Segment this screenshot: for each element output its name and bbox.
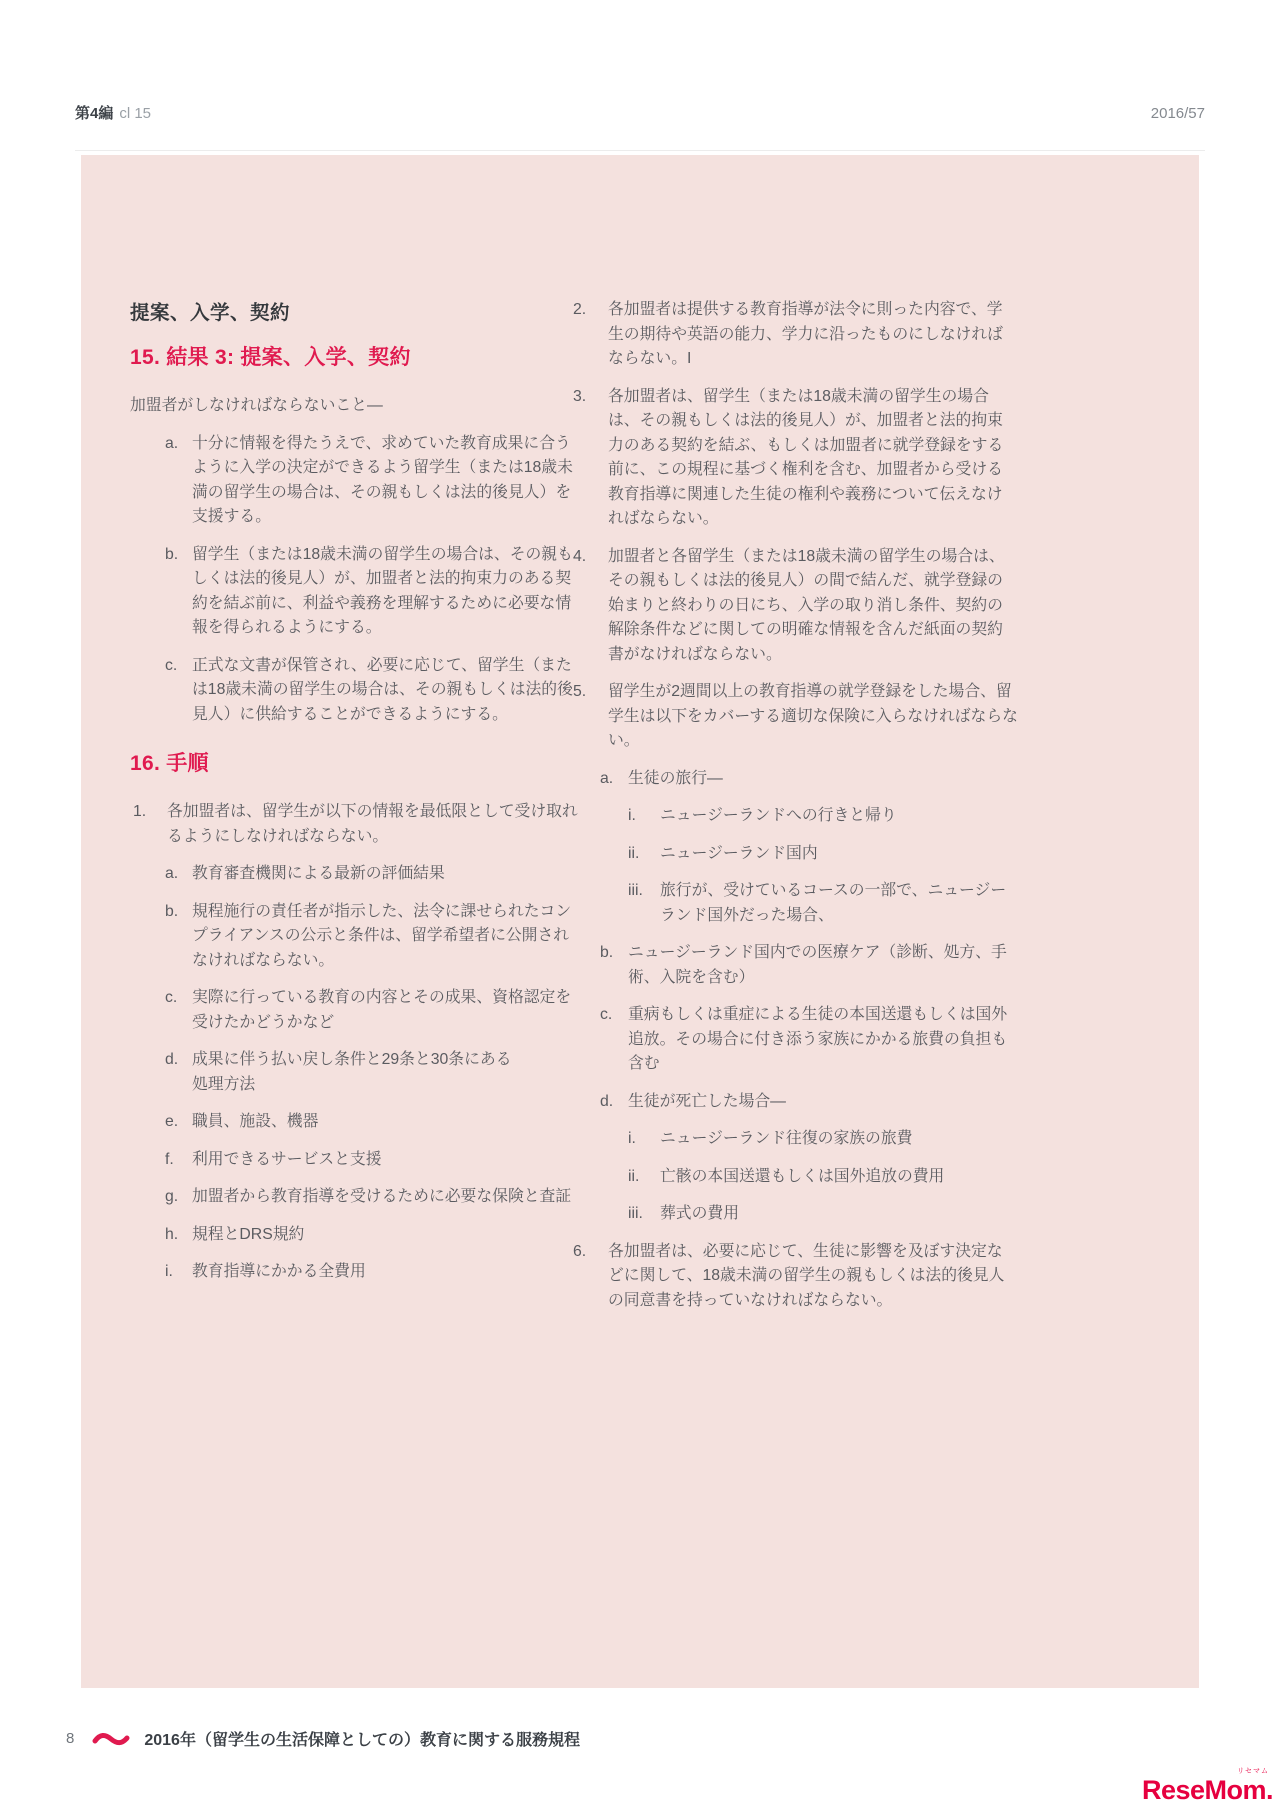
list-marker: i.	[165, 1260, 173, 1285]
list-marker: a.	[165, 862, 178, 887]
list-marker: i.	[628, 1127, 636, 1152]
list-text: 正式な文書が保管され、必要に応じて、留学生（または18歳未満の留学生の場合は、そ…	[192, 654, 584, 728]
list-item: iii. 旅行が、受けているコースの一部で、ニュージーランド国外だった場合、	[573, 879, 1018, 928]
list-text: 成果に伴う払い戻し条件と29条と30条にある 処理方法	[192, 1048, 584, 1097]
list-text: 重病もしくは重症による生徒の本国送還もしくは国外追放。その場合に付き添う家族にか…	[628, 1003, 1018, 1077]
list-marker: b.	[165, 543, 178, 568]
list-item: 1. 各加盟者は、留学生が以下の情報を最低限として受け取れるようにしなければなら…	[130, 800, 584, 849]
list-item: a. 十分に情報を得たうえで、求めていた教育成果に合うように入学の決定ができるよ…	[130, 432, 584, 530]
header-divider	[75, 150, 1205, 151]
list-text: 教育指導にかかる全費用	[192, 1260, 584, 1285]
list-text: 各加盟者は、留学生（または18歳未満の留学生の場合は、その親もしくは法的後見人）…	[608, 385, 1018, 532]
list-marker: c.	[165, 986, 177, 1011]
intro-line: 加盟者がしなければならないこと—	[130, 394, 584, 419]
list-marker: 6.	[573, 1240, 586, 1265]
list-text: 実際に行っている教育の内容とその成果、資格認定を受けたかどうかなど	[192, 986, 584, 1035]
list-text: 教育審査機関による最新の評価結果	[192, 862, 584, 887]
list-item: 3. 各加盟者は、留学生（または18歳未満の留学生の場合は、その親もしくは法的後…	[573, 385, 1018, 532]
list-marker: d.	[165, 1048, 178, 1073]
list-item: i. ニュージーランド往復の家族の旅費	[573, 1127, 1018, 1152]
list-text: 職員、施設、機器	[192, 1110, 584, 1135]
list-item: 6. 各加盟者は、必要に応じて、生徒に影響を及ぼす決定などに関して、18歳未満の…	[573, 1240, 1018, 1314]
list-text: 規程とDRS規約	[192, 1223, 584, 1248]
list-item: f. 利用できるサービスと支援	[130, 1148, 584, 1173]
list-text: 留学生（または18歳未満の留学生の場合は、その親もしくは法的後見人）が、加盟者と…	[192, 543, 584, 641]
list-text: 旅行が、受けているコースの一部で、ニュージーランド国外だった場合、	[660, 879, 1018, 928]
list-text: 各加盟者は、必要に応じて、生徒に影響を及ぼす決定などに関して、18歳未満の留学生…	[608, 1240, 1018, 1314]
list-marker: i.	[628, 804, 636, 829]
list-marker: ii.	[628, 842, 639, 867]
list-marker: iii.	[628, 1202, 643, 1227]
header-section-ref: 第4編cl 15	[75, 103, 151, 125]
list-marker: h.	[165, 1223, 178, 1248]
list-marker: f.	[165, 1148, 174, 1173]
list-text: 亡骸の本国送還もしくは国外追放の費用	[660, 1165, 1018, 1190]
list-item: b. 規程施行の責任者が指示した、法令に課せられたコンプライアンスの公示と条件は…	[130, 900, 584, 974]
header-clause-label: cl 15	[119, 105, 151, 122]
list-marker: e.	[165, 1110, 178, 1135]
list-marker: d.	[600, 1090, 613, 1115]
list-item: d. 成果に伴う払い戻し条件と29条と30条にある 処理方法	[130, 1048, 584, 1097]
list-item: b. ニュージーランド国内での医療ケア（診断、処方、手術、入院を含む）	[573, 941, 1018, 990]
list-text: 生徒が死亡した場合—	[628, 1090, 1018, 1115]
list-text: 十分に情報を得たうえで、求めていた教育成果に合うように入学の決定ができるよう留学…	[192, 432, 584, 530]
list-text: 加盟者と各留学生（または18歳未満の留学生の場合は、その親もしくは法的後見人）の…	[608, 545, 1018, 668]
list-item: c. 重病もしくは重症による生徒の本国送還もしくは国外追放。その場合に付き添う家…	[573, 1003, 1018, 1077]
list-marker: a.	[165, 432, 178, 457]
list-item: a. 生徒の旅行—	[573, 767, 1018, 792]
list-item: i. ニュージーランドへの行きと帰り	[573, 804, 1018, 829]
page-number: 8	[66, 1730, 74, 1747]
list-text: 葬式の費用	[660, 1202, 1018, 1227]
list-marker: 2.	[573, 298, 586, 323]
wave-icon	[92, 1731, 130, 1747]
list-marker: c.	[600, 1003, 612, 1028]
heading-process-16: 16. 手順	[130, 750, 584, 778]
list-item: h. 規程とDRS規約	[130, 1223, 584, 1248]
section-kicker: 提案、入学、契約	[130, 300, 584, 326]
list-marker: iii.	[628, 879, 643, 904]
right-column: 2. 各加盟者は提供する教育指導が法令に則った内容で、学生の期待や英語の能力、学…	[573, 155, 1018, 1326]
resemom-logo: リセマム ReseMom.	[1142, 1768, 1273, 1804]
footer-document-title: 2016年（留学生の生活保障としての）教育に関する服務規程	[144, 1727, 580, 1750]
list-item: d. 生徒が死亡した場合—	[573, 1090, 1018, 1115]
page-footer: 8 2016年（留学生の生活保障としての）教育に関する服務規程	[66, 1727, 580, 1750]
list-marker: b.	[165, 900, 178, 925]
list-text: 各加盟者は、留学生が以下の情報を最低限として受け取れるようにしなければならない。	[167, 800, 584, 849]
list-item: a. 教育審査機関による最新の評価結果	[130, 862, 584, 887]
header-page-ref: 2016/57	[1151, 103, 1205, 125]
list-text: 利用できるサービスと支援	[192, 1148, 584, 1173]
logo-wordmark: ReseMom.	[1142, 1776, 1273, 1804]
header-volume-label: 第4編	[75, 105, 113, 122]
list-marker: 3.	[573, 385, 586, 410]
list-marker: 1.	[133, 800, 146, 825]
list-text: 留学生が2週間以上の教育指導の就学登録をした場合、留学生は以下をカバーする適切な…	[608, 680, 1018, 754]
list-marker: c.	[165, 654, 177, 679]
left-column: 提案、入学、契約 15. 結果 3: 提案、入学、契約 加盟者がしなければならな…	[130, 155, 584, 1298]
list-marker: 5.	[573, 680, 586, 705]
list-text: ニュージーランド国内での医療ケア（診断、処方、手術、入院を含む）	[628, 941, 1018, 990]
list-item: iii. 葬式の費用	[573, 1202, 1018, 1227]
list-marker: 4.	[573, 545, 586, 570]
list-item: c. 正式な文書が保管され、必要に応じて、留学生（または18歳未満の留学生の場合…	[130, 654, 584, 728]
content-panel: 提案、入学、契約 15. 結果 3: 提案、入学、契約 加盟者がしなければならな…	[81, 155, 1199, 1688]
list-item: ii. 亡骸の本国送還もしくは国外追放の費用	[573, 1165, 1018, 1190]
list-text: ニュージーランド国内	[660, 842, 1018, 867]
list-item: 2. 各加盟者は提供する教育指導が法令に則った内容で、学生の期待や英語の能力、学…	[573, 298, 1018, 372]
heading-outcome-15: 15. 結果 3: 提案、入学、契約	[130, 344, 584, 372]
list-text: ニュージーランドへの行きと帰り	[660, 804, 1018, 829]
list-item: g. 加盟者から教育指導を受けるために必要な保険と査証	[130, 1185, 584, 1210]
document-page: 第4編cl 15 2016/57 提案、入学、契約 15. 結果 3: 提案、入…	[0, 0, 1280, 1810]
list-text: 生徒の旅行—	[628, 767, 1018, 792]
list-text: ニュージーランド往復の家族の旅費	[660, 1127, 1018, 1152]
list-text: 規程施行の責任者が指示した、法令に課せられたコンプライアンスの公示と条件は、留学…	[192, 900, 584, 974]
page-header: 第4編cl 15 2016/57	[75, 103, 1205, 125]
list-marker: ii.	[628, 1165, 639, 1190]
list-item: i. 教育指導にかかる全費用	[130, 1260, 584, 1285]
list-marker: a.	[600, 767, 613, 792]
list-marker: g.	[165, 1185, 178, 1210]
list-text: 加盟者から教育指導を受けるために必要な保険と査証	[192, 1185, 584, 1210]
list-text: 各加盟者は提供する教育指導が法令に則った内容で、学生の期待や英語の能力、学力に沿…	[608, 298, 1018, 372]
list-marker: b.	[600, 941, 613, 966]
list-item: 5. 留学生が2週間以上の教育指導の就学登録をした場合、留学生は以下をカバーする…	[573, 680, 1018, 754]
list-item: c. 実際に行っている教育の内容とその成果、資格認定を受けたかどうかなど	[130, 986, 584, 1035]
list-item: b. 留学生（または18歳未満の留学生の場合は、その親もしくは法的後見人）が、加…	[130, 543, 584, 641]
list-item: 4. 加盟者と各留学生（または18歳未満の留学生の場合は、その親もしくは法的後見…	[573, 545, 1018, 668]
list-item: ii. ニュージーランド国内	[573, 842, 1018, 867]
list-item: e. 職員、施設、機器	[130, 1110, 584, 1135]
